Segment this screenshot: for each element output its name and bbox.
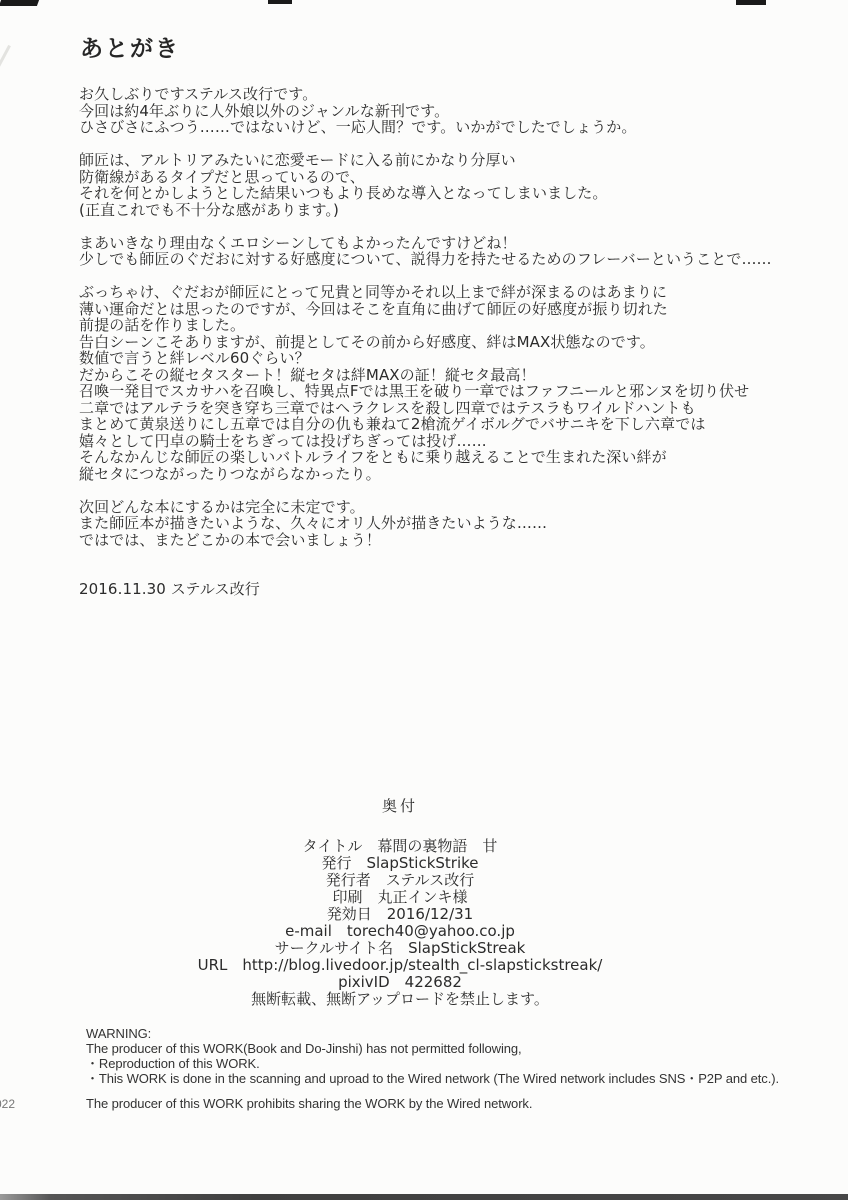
scan-edge-mark (268, 0, 292, 4)
text-line: 前提の話を作りました。 (79, 317, 819, 334)
colophon-title: 奥付 (0, 798, 800, 815)
text-line: まとめて黄泉送りにし五章では自分の仇も兼ねて2槍流ゲイボルグでバサニキを下し六章… (79, 416, 819, 433)
scan-edge-mark (0, 0, 39, 6)
warning-footer: The producer of this WORK prohibits shar… (86, 1096, 826, 1111)
text-line: 発行 SlapStickStrike (0, 855, 800, 872)
text-line: それを何とかしようとした結果いつもより長めな導入となってしまいました。 (79, 185, 819, 202)
page-number: 022 (0, 1097, 15, 1111)
text-line: ぶっちゃけ、ぐだおが師匠にとって兄貴と同等かそれ以上まで絆が深まるのはあまりに (79, 284, 819, 301)
text-line: 数値で言うと絆レベル60ぐらい？ (79, 350, 819, 367)
text-line: ・This WORK is done in the scanning and u… (86, 1071, 826, 1086)
text-line: URL http://blog.livedoor.jp/stealth_cl-s… (0, 957, 800, 974)
paragraph: 師匠は、アルトリアみたいに恋愛モードに入る前にかなり分厚い防衛線があるタイプだと… (79, 152, 819, 218)
text-line: (正直これでも不十分な感があります。) (79, 202, 819, 219)
text-line: ではでは、またどこかの本で会いましょう！ (79, 532, 819, 549)
afterword-paragraphs: お久しぶりですステルス改行です。今回は約4年ぶりに人外娘以外のジャンルな新刊です… (79, 86, 819, 548)
colophon-lines: タイトル 幕間の裏物語 甘発行 SlapStickStrike発行者 ステルス改… (0, 838, 800, 1008)
text-line: 無断転載、無断アップロードを禁止します。 (0, 991, 800, 1008)
text-line: ひさびさにふつう……ではないけど、一応人間？です。いかがでしたでしょうか。 (79, 119, 819, 136)
afterword-title: あとがき (80, 30, 180, 63)
text-line: The producer of this WORK(Book and Do-Ji… (86, 1041, 826, 1056)
text-line: 薄い運命だとは思ったのですが、今回はそこを直角に曲げて師匠の好感度が振り切れた (79, 301, 819, 318)
text-line: ・Reproduction of this WORK. (86, 1056, 826, 1071)
text-line: 印刷 丸正インキ様 (0, 889, 800, 906)
text-line: 少しでも師匠のぐだおに対する好感度について、説得力を持たせるためのフレーバーとい… (79, 251, 819, 268)
text-line: 発効日 2016/12/31 (0, 906, 800, 923)
paragraph: ぶっちゃけ、ぐだおが師匠にとって兄貴と同等かそれ以上まで絆が深まるのはあまりに薄… (79, 284, 819, 482)
text-line: だからこその縦セタスタート！縦セタは絆MAXの証！縦セタ最高！ (79, 367, 819, 384)
text-line: 師匠は、アルトリアみたいに恋愛モードに入る前にかなり分厚い (79, 152, 819, 169)
paragraph: まあいきなり理由なくエロシーンしてもよかったんですけどね！少しでも師匠のぐだおに… (79, 235, 819, 268)
text-line: お久しぶりですステルス改行です。 (79, 86, 819, 103)
scan-edge-mark (736, 0, 766, 5)
text-line: e-mail torech40@yahoo.co.jp (0, 923, 800, 940)
afterword-body: お久しぶりですステルス改行です。今回は約4年ぶりに人外娘以外のジャンルな新刊です… (79, 86, 819, 598)
text-line: 次回どんな本にするかは完全に未定です。 (79, 499, 819, 516)
signoff-date-author: 2016.11.30 ステルス改行 (79, 565, 819, 598)
text-line: 発行者 ステルス改行 (0, 872, 800, 889)
text-line: 防衛線があるタイプだと思っているので、 (79, 169, 819, 186)
text-line: 召喚一発目でスカサハを召喚し、特異点Fでは黒王を破り一章ではファフニールと邪ンヌ… (79, 383, 819, 400)
text-line: タイトル 幕間の裏物語 甘 (0, 838, 800, 855)
text-line: 二章ではアルテラを突き穿ち三章ではヘラクレスを殺し四章ではテスラもワイルドハント… (79, 400, 819, 417)
paragraph: 次回どんな本にするかは完全に未定です。また師匠本が描きたいような、久々にオリ人外… (79, 499, 819, 549)
text-line: そんなかんじな師匠の楽しいバトルライフをともに乗り越えることで生まれた深い絆が (79, 449, 819, 466)
scanned-afterword-page: あとがき お久しぶりですステルス改行です。今回は約4年ぶりに人外娘以外のジャンル… (0, 0, 848, 1200)
text-line: 告白シーンこそありますが、前提としてその前から好感度、絆はMAX状態なのです。 (79, 334, 819, 351)
text-line: サークルサイト名 SlapStickStreak (0, 940, 800, 957)
text-line: 今回は約4年ぶりに人外娘以外のジャンルな新刊です。 (79, 103, 819, 120)
colophon-section: 奥付 タイトル 幕間の裏物語 甘発行 SlapStickStrike発行者 ステ… (0, 798, 800, 1008)
scan-edge-bottom (0, 1194, 848, 1200)
scan-scratch-artifact (0, 45, 11, 69)
text-line: 嬉々として円卓の騎士をちぎっては投げちぎっては投げ…… (79, 433, 819, 450)
text-line: 縦セタにつながったりつながらなかったり。 (79, 466, 819, 483)
text-line: WARNING: (86, 1026, 826, 1041)
text-line: まあいきなり理由なくエロシーンしてもよかったんですけどね！ (79, 235, 819, 252)
warning-section: WARNING:The producer of this WORK(Book a… (86, 1026, 826, 1111)
text-line: pixivID 422682 (0, 974, 800, 991)
text-line: また師匠本が描きたいような、久々にオリ人外が描きたいような…… (79, 515, 819, 532)
warning-lines: WARNING:The producer of this WORK(Book a… (86, 1026, 826, 1086)
paragraph: お久しぶりですステルス改行です。今回は約4年ぶりに人外娘以外のジャンルな新刊です… (79, 86, 819, 136)
